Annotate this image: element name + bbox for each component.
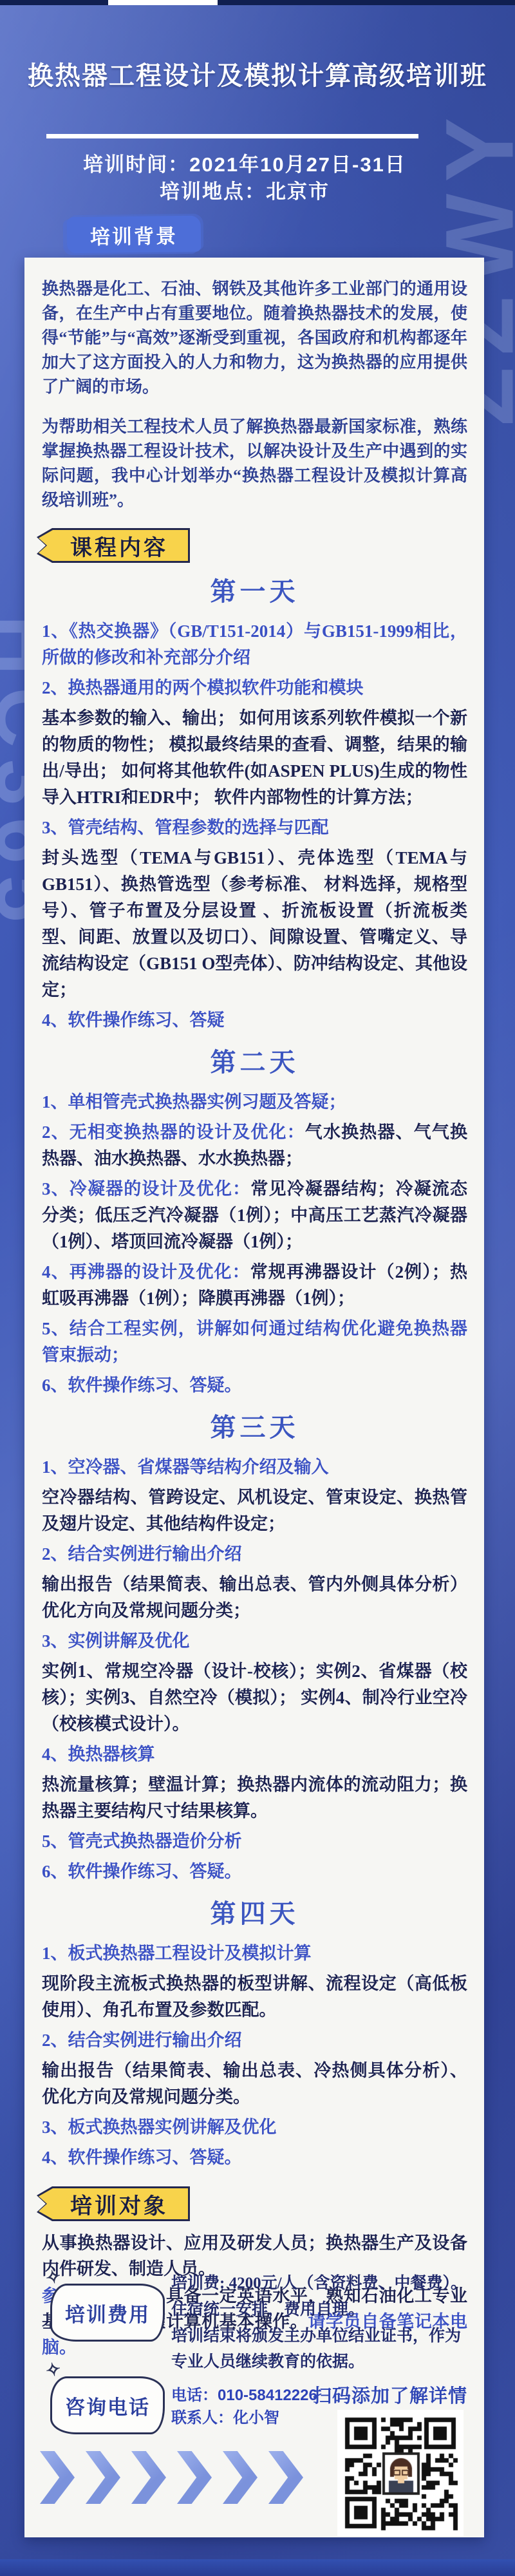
course-item-lead: 5、管壳式换热器造价分析 xyxy=(42,1832,242,1851)
course-item-body: 现阶段主流板式换热器的板型讲解、流程设定（高低板使用）、角孔布置及参数匹配。 xyxy=(42,1974,467,2020)
course-item: 封头选型（TEMA与GB151）、壳体选型（TEMA与GB151）、换热管选型（… xyxy=(42,845,467,1003)
background-paragraph: 为帮助相关工程技术人员了解换热器最新国家标准，熟练掌握换热器工程设计技术，以解决… xyxy=(42,415,467,513)
fee-badge: ✧ 培训费用 xyxy=(50,2284,165,2342)
qr-code-canvas xyxy=(342,2415,458,2531)
course-item: 6、软件操作练习、答疑。 xyxy=(42,1372,467,1399)
course-item: 空冷器结构、管跨设定、风机设定、管束设定、换热管及翅片设定、其他结构件设定； xyxy=(42,1484,467,1537)
fee-line: 培训费: 4200元/人（含资料费、中餐费）。 xyxy=(171,2271,471,2297)
title-divider xyxy=(46,134,418,138)
day-items: 1、《热交换器》（GB/T151-2014）与GB151-1999相比，所做的修… xyxy=(42,618,467,1034)
fee-line: 培训结束将颁发主办单位结业证书，作为专业人员继续教育的依据。 xyxy=(171,2324,471,2375)
course-item: 基本参数的输入、输出； 如何用该系列软件模拟一个新的物质的物性； 模拟最终结果的… xyxy=(42,705,467,811)
contact-block: ✧ 培训费用 培训费: 4200元/人（含资料费、中餐费）。 住宿统一安排，费用… xyxy=(24,2267,484,2537)
course-item: 现阶段主流板式换热器的板型讲解、流程设定（高低板使用）、角孔布置及参数匹配。 xyxy=(42,1971,467,2023)
fee-lines: 培训费: 4200元/人（含资料费、中餐费）。 住宿统一安排，费用自理。 培训结… xyxy=(171,2271,471,2376)
chevron-right-icon xyxy=(223,2451,257,2504)
course-item-lead: 3、管壳结构、管程参数的选择与匹配 xyxy=(42,818,329,837)
sparkle-icon: ✧ xyxy=(44,2358,64,2382)
chevron-right-icon xyxy=(131,2451,166,2504)
course-item: 2、结合实例进行输出介绍 xyxy=(42,1541,467,1567)
chevron-right-icon xyxy=(86,2451,120,2504)
day-title: 第一天 xyxy=(42,576,467,608)
course-item-lead: 1、板式换热器工程设计及模拟计算 xyxy=(42,1944,312,1963)
course-item-body: 基本参数的输入、输出； 如何用该系列软件模拟一个新的物质的物性； 模拟最终结果的… xyxy=(42,708,467,807)
chevron-right-icon xyxy=(177,2451,212,2504)
course-item: 1、《热交换器》（GB/T151-2014）与GB151-1999相比，所做的修… xyxy=(42,618,467,671)
course-item-lead: 4、软件操作练习、答疑。 xyxy=(42,2148,242,2167)
course-item-lead: 1、空冷器、省煤器等结构介绍及输入 xyxy=(42,1457,329,1477)
course-item: 6、软件操作练习、答疑。 xyxy=(42,1859,467,1885)
course-item-lead: 6、软件操作练习、答疑。 xyxy=(42,1376,242,1395)
phone-badge-label: 咨询电话 xyxy=(65,2391,150,2420)
course-item: 2、无相变换热器的设计及优化：气水换热器、气气换热器、油水换热器、水水换热器； xyxy=(42,1119,467,1172)
course-item-lead: 4、软件操作练习、答疑 xyxy=(42,1010,225,1030)
audience-badge-label: 培训对象 xyxy=(37,2186,190,2221)
day-section: 第一天 1、《热交换器》（GB/T151-2014）与GB151-1999相比，… xyxy=(42,576,467,1034)
background-badge: 培训背景 xyxy=(67,216,201,254)
phone-info: 电话：010-58412226 联系人：化小智 xyxy=(171,2384,317,2429)
course-item-body: 封头选型（TEMA与GB151）、壳体选型（TEMA与GB151）、换热管选型（… xyxy=(42,848,467,999)
course-item: 3、实例讲解及优化 xyxy=(42,1628,467,1654)
background-paragraph: 换热器是化工、石油、钢铁及其他许多工业部门的通用设备，在生产中占有重要地位。随着… xyxy=(42,277,467,399)
course-item-lead: 3、实例讲解及优化 xyxy=(42,1631,190,1651)
chevron-row xyxy=(40,2451,303,2504)
course-item-lead: 6、软件操作练习、答疑。 xyxy=(42,1862,242,1881)
course-item-body: 实例1、常规空冷器（设计-校核）；实例2、省煤器（校核）；实例3、自然空冷（模拟… xyxy=(42,1662,467,1734)
course-item: 5、结合工程实例，讲解如何通过结构优化避免换热器管束振动； xyxy=(42,1316,467,1368)
course-content-badge-label: 课程内容 xyxy=(37,528,190,563)
top-strip-highlight xyxy=(108,0,218,5)
course-item: 1、空冷器、省煤器等结构介绍及输入 xyxy=(42,1454,467,1481)
day-items: 1、板式换热器工程设计及模拟计算 现阶段主流板式换热器的板型讲解、流程设定（高低… xyxy=(42,1940,467,2171)
course-item-lead: 1、《热交换器》（GB/T151-2014）与GB151-1999相比，所做的修… xyxy=(42,621,467,667)
course-item: 4、换热器核算 xyxy=(42,1741,467,1768)
phone-number: 电话：010-58412226 xyxy=(171,2384,317,2407)
training-time: 培训时间：2021年10月27日-31日 xyxy=(0,148,489,177)
course-item: 2、结合实例进行输出介绍 xyxy=(42,2027,467,2054)
sparkle-icon: ✧ xyxy=(44,2265,64,2289)
content-card: 换热器是化工、石油、钢铁及其他许多工业部门的通用设备，在生产中占有重要地位。随着… xyxy=(24,258,484,2537)
course-item: 4、软件操作练习、答疑 xyxy=(42,1007,467,1034)
day-title: 第三天 xyxy=(42,1412,467,1444)
fee-line: 住宿统一安排，费用自理。 xyxy=(171,2297,471,2323)
course-item: 4、软件操作练习、答疑。 xyxy=(42,2145,467,2171)
course-item: 4、再沸器的设计及优化：常规再沸器设计（2例）；热虹吸再沸器（1例）；降膜再沸器… xyxy=(42,1259,467,1312)
course-item: 热流量核算；壁温计算；换热器内流体的流动阻力；换热器主要结构尺寸结果核算。 xyxy=(42,1772,467,1824)
footer-bar xyxy=(0,2559,515,2576)
contact-person: 联系人：化小智 xyxy=(171,2407,317,2429)
course-item-lead: 2、换热器通用的两个模拟软件功能和模块 xyxy=(42,678,364,697)
course-item: 2、换热器通用的两个模拟软件功能和模块 xyxy=(42,675,467,701)
course-item-lead: 3、冷凝器的设计及优化： xyxy=(42,1179,250,1198)
course-item-lead: 3、板式换热器实例讲解及优化 xyxy=(42,2117,277,2137)
course-item: 1、单相管壳式换热器实例习题及答疑； xyxy=(42,1089,467,1115)
day-section: 第三天 1、空冷器、省煤器等结构介绍及输入 空冷器结构、管跨设定、风机设定、管束… xyxy=(42,1412,467,1885)
course-item: 3、冷凝器的设计及优化：常见冷凝器结构；冷凝流态分类；低压乏汽冷凝器（1例）；中… xyxy=(42,1176,467,1255)
day-items: 1、空冷器、省煤器等结构介绍及输入 空冷器结构、管跨设定、风机设定、管束设定、换… xyxy=(42,1454,467,1885)
course-item: 5、管壳式换热器造价分析 xyxy=(42,1828,467,1855)
page-title: 换热器工程设计及模拟计算高级培训班 xyxy=(0,59,515,93)
day-title: 第四天 xyxy=(42,1898,467,1930)
course-item-body: 空冷器结构、管跨设定、风机设定、管束设定、换热管及翅片设定、其他结构件设定； xyxy=(42,1488,467,1533)
course-item-body: 热流量核算；壁温计算；换热器内流体的流动阻力；换热器主要结构尺寸结果核算。 xyxy=(42,1775,467,1821)
course-item-body: 输出报告（结果简表、输出总表、管内外侧具体分析）优化方向及常规问题分类； xyxy=(42,1575,467,1620)
course-item: 1、板式换热器工程设计及模拟计算 xyxy=(42,1940,467,1967)
course-item-lead: 4、换热器核算 xyxy=(42,1745,155,1764)
phone-badge: ✧ 咨询电话 xyxy=(50,2376,165,2434)
qr-caption: 扫码添加了解详情 xyxy=(313,2382,480,2408)
course-item-lead: 5、结合工程实例，讲解如何通过结构优化避免换热器管束振动； xyxy=(42,1319,467,1365)
day-title: 第二天 xyxy=(42,1046,467,1079)
chevron-right-icon xyxy=(268,2451,303,2504)
course-item: 3、板式换热器实例讲解及优化 xyxy=(42,2114,467,2141)
course-item-lead: 1、单相管壳式换热器实例习题及答疑； xyxy=(42,1092,346,1112)
audience-badge: 培训对象 xyxy=(37,2186,190,2221)
course-item-lead: 4、再沸器的设计及优化： xyxy=(42,1262,250,1282)
day-section: 第四天 1、板式换热器工程设计及模拟计算 现阶段主流板式换热器的板型讲解、流程设… xyxy=(42,1898,467,2171)
day-section: 第二天 1、单相管壳式换热器实例习题及答疑； 2、无相变换热器的设计及优化：气水… xyxy=(42,1046,467,1399)
course-item-body: 输出报告（结果简表、输出总表、冷热侧具体分析）、优化方向及常规问题分类。 xyxy=(42,2061,467,2107)
training-location: 培训地点：北京市 xyxy=(0,175,489,204)
course-item-lead: 2、无相变换热器的设计及优化： xyxy=(42,1122,305,1142)
course-content-badge: 课程内容 xyxy=(37,528,190,563)
fee-badge-label: 培训费用 xyxy=(65,2298,150,2327)
training-poster: ZZWY HC365 换热器工程设计及模拟计算高级培训班 培训时间：2021年1… xyxy=(0,0,515,2576)
top-strip xyxy=(0,0,515,5)
day-items: 1、单相管壳式换热器实例习题及答疑； 2、无相变换热器的设计及优化：气水换热器、… xyxy=(42,1089,467,1399)
course-item: 3、管壳结构、管程参数的选择与匹配 xyxy=(42,815,467,841)
course-item-lead: 2、结合实例进行输出介绍 xyxy=(42,2031,242,2050)
course-item: 输出报告（结果简表、输出总表、冷热侧具体分析）、优化方向及常规问题分类。 xyxy=(42,2058,467,2110)
course-item: 输出报告（结果简表、输出总表、管内外侧具体分析）优化方向及常规问题分类； xyxy=(42,1571,467,1624)
chevron-right-icon xyxy=(40,2451,75,2504)
qr-code xyxy=(337,2410,464,2536)
course-item-lead: 2、结合实例进行输出介绍 xyxy=(42,1544,242,1564)
course-days: 第一天 1、《热交换器》（GB/T151-2014）与GB151-1999相比，… xyxy=(42,576,467,2171)
course-item: 实例1、常规空冷器（设计-校核）；实例2、省煤器（校核）；实例3、自然空冷（模拟… xyxy=(42,1658,467,1738)
